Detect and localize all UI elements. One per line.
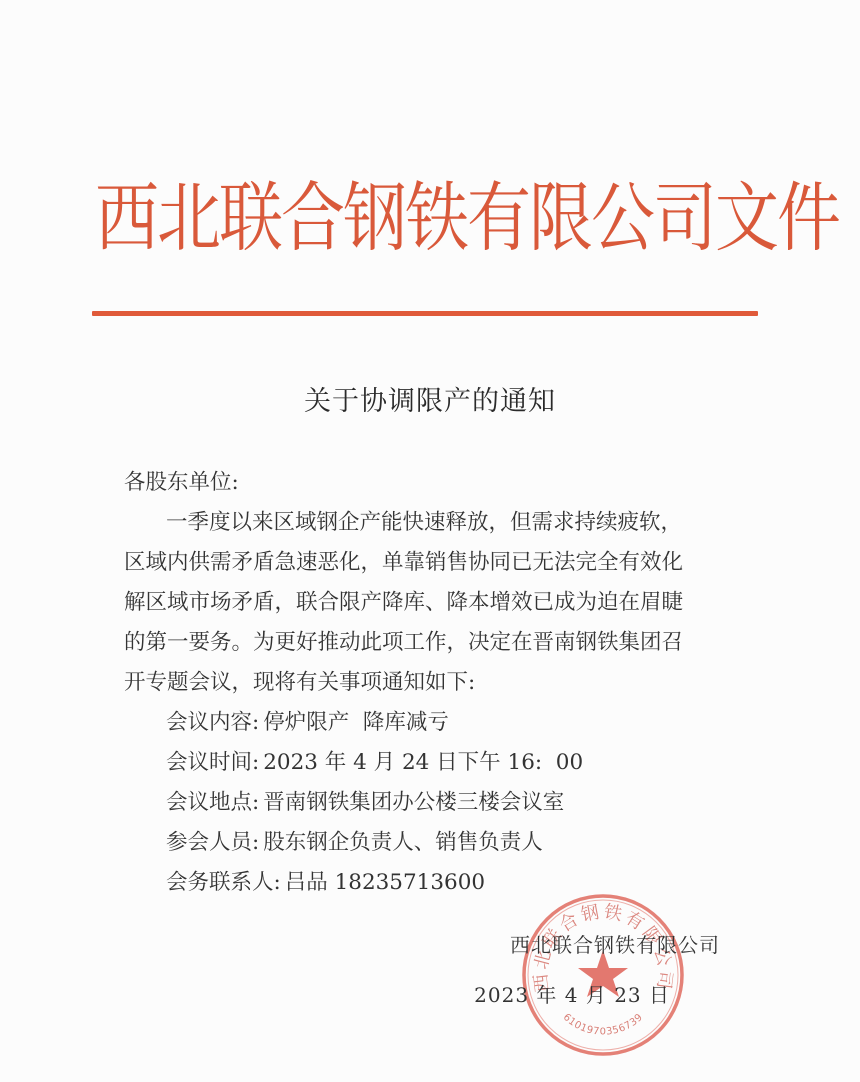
- detail-attendees: 参会人员:股东钢企负责人、销售负责人: [124, 823, 744, 863]
- detail-value: 股东钢企负责人、销售负责人: [263, 830, 543, 855]
- signature-block: 西北联合钢铁有限公司 2023 年 4 月 23 日: [470, 920, 740, 1020]
- detail-label: 参会人员:: [166, 830, 259, 855]
- red-divider-rule: [92, 311, 758, 316]
- masthead-title: 西北联合钢铁有限公司文件: [95, 160, 765, 278]
- detail-meeting-time: 会议时间:2023 年 4 月 24 日下午 16: 00: [124, 743, 744, 783]
- salutation: 各股东单位:: [124, 463, 744, 503]
- detail-label: 会议时间:: [166, 750, 259, 775]
- document-page: 西北联合钢铁有限公司文件 关于协调限产的通知 各股东单位: 一季度以来区域钢企产…: [0, 0, 860, 1082]
- main-paragraph: 一季度以来区域钢企产能快速释放，但需求持续疲软， 区域内供需矛盾急速恶化，单靠销…: [124, 503, 744, 703]
- detail-value: 吕品 18235713600: [285, 870, 485, 895]
- detail-value: 2023 年 4 月 24 日下午 16: 00: [263, 750, 583, 775]
- detail-value: 停炉限产 降库减亏: [263, 710, 449, 735]
- detail-label: 会议内容:: [166, 710, 259, 735]
- detail-label: 会议地点:: [166, 790, 259, 815]
- paragraph-line: 的第一要务。为更好推动此项工作，决定在晋南钢铁集团召: [124, 623, 744, 663]
- detail-meeting-content: 会议内容:停炉限产 降库减亏: [124, 703, 744, 743]
- notice-body: 各股东单位: 一季度以来区域钢企产能快速释放，但需求持续疲软， 区域内供需矛盾急…: [124, 463, 744, 903]
- detail-label: 会务联系人:: [166, 870, 281, 895]
- paragraph-line: 一季度以来区域钢企产能快速释放，但需求持续疲软，: [124, 503, 744, 543]
- paragraph-line: 区域内供需矛盾急速恶化，单靠销售协同已无法完全有效化: [124, 543, 744, 583]
- signing-date: 2023 年 4 月 23 日: [470, 970, 740, 1020]
- detail-value: 晋南钢铁集团办公楼三楼会议室: [263, 790, 564, 815]
- paragraph-line: 开专题会议，现将有关事项通知如下:: [124, 663, 744, 703]
- notice-title: 关于协调限产的通知: [0, 382, 860, 422]
- detail-meeting-location: 会议地点:晋南钢铁集团办公楼三楼会议室: [124, 783, 744, 823]
- paragraph-line: 解区域市场矛盾，联合限产降库、降本增效已成为迫在眉睫: [124, 583, 744, 623]
- signing-organization: 西北联合钢铁有限公司: [470, 920, 740, 970]
- meeting-details: 会议内容:停炉限产 降库减亏 会议时间:2023 年 4 月 24 日下午 16…: [124, 703, 744, 903]
